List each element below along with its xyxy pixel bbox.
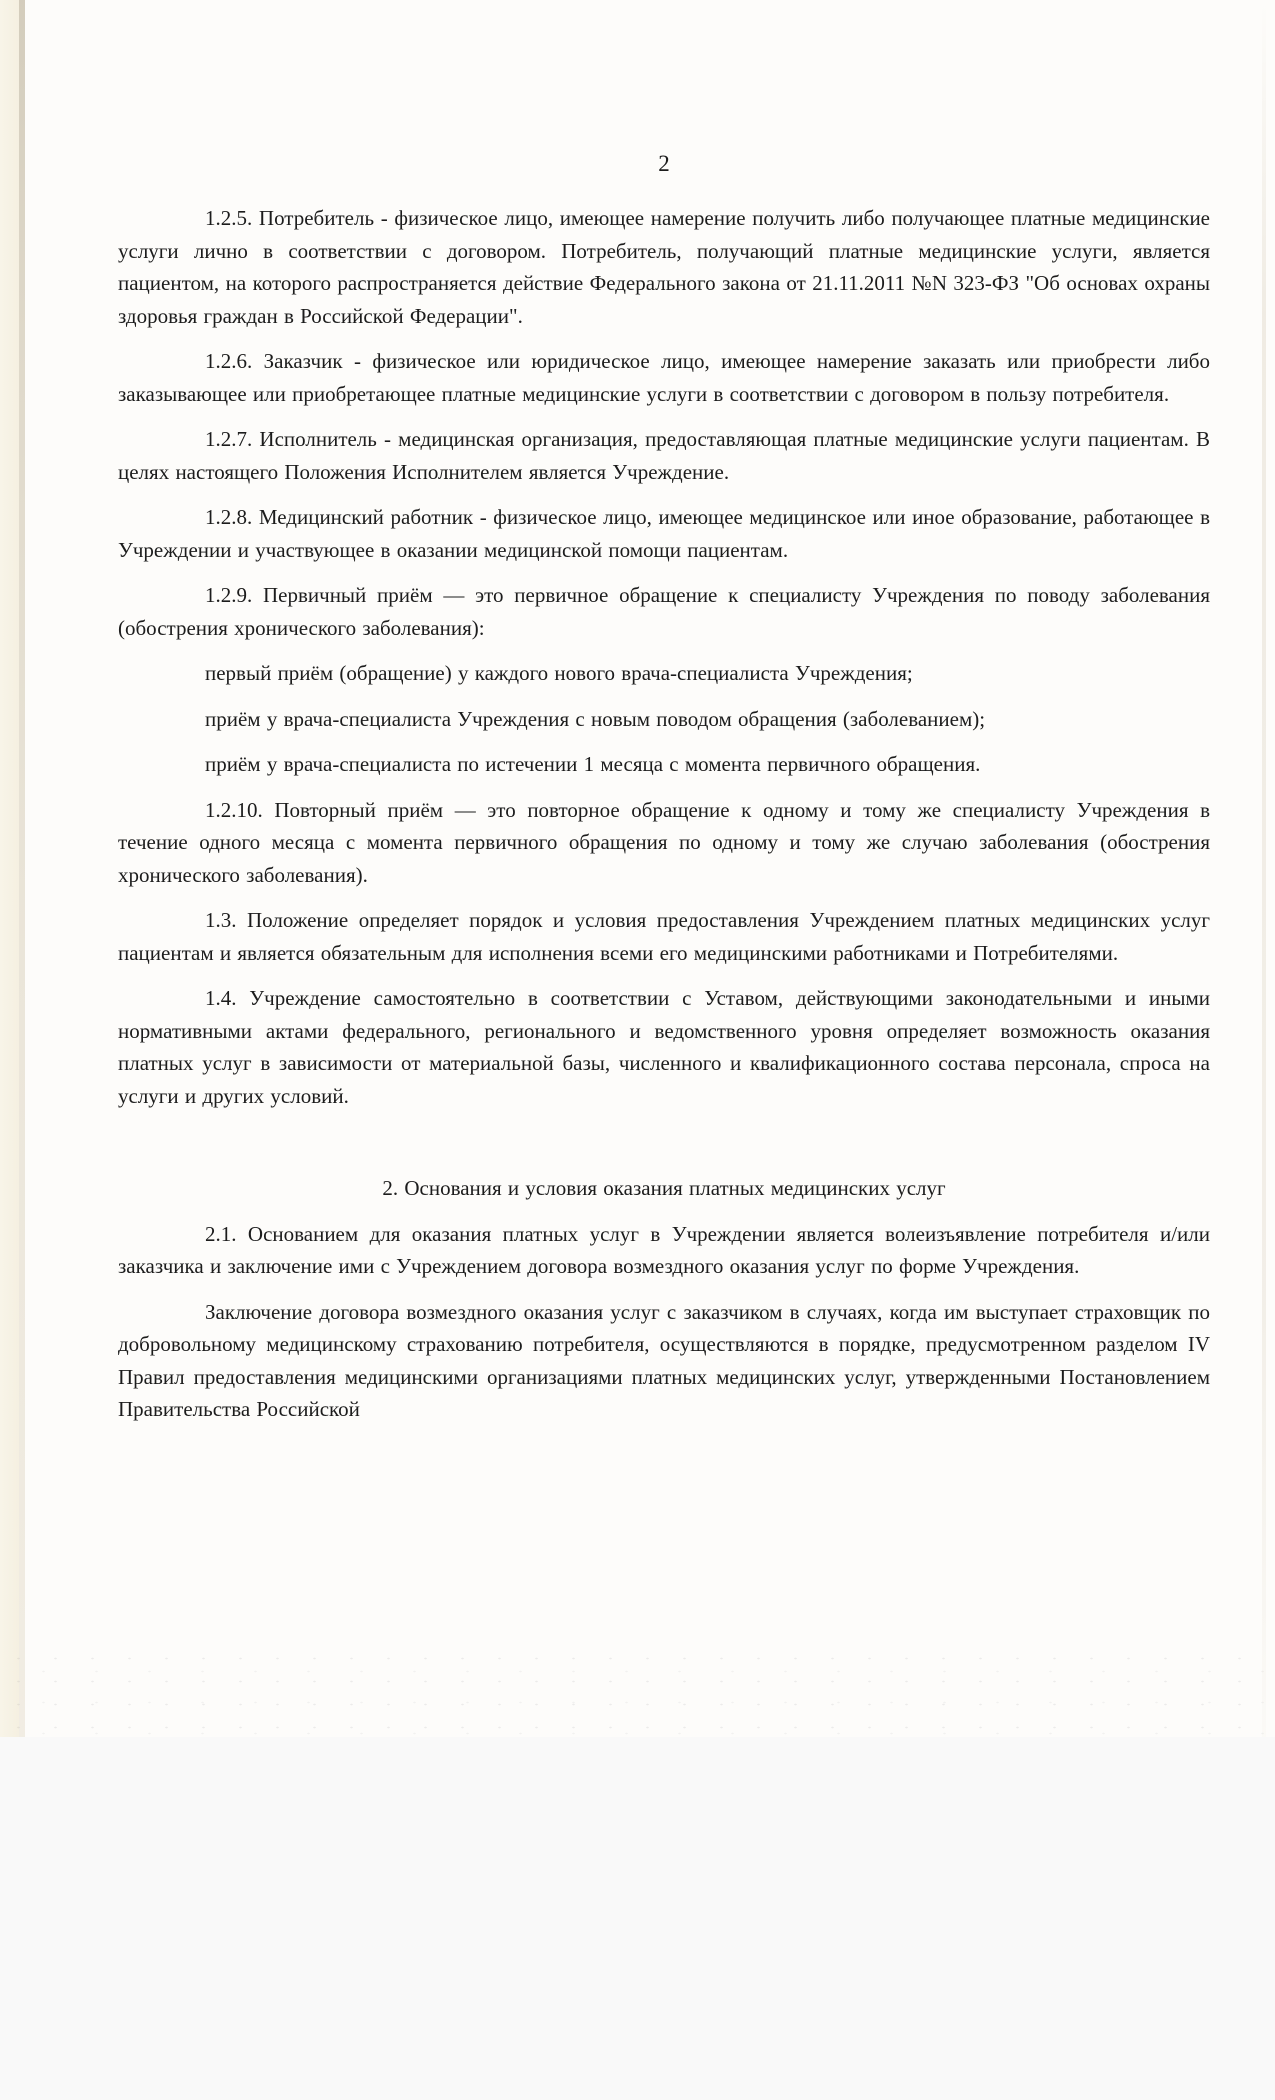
page-edge-shadow — [19, 0, 25, 1737]
paragraph-1-2-7: 1.2.7. Исполнитель - медицинская организ… — [118, 423, 1210, 488]
paragraph-1-2-8: 1.2.8. Медицинский работник - физическое… — [118, 501, 1210, 566]
paragraph-1-2-10: 1.2.10. Повторный приём — это повторное … — [118, 794, 1210, 892]
page-left-margin-strip — [0, 0, 19, 1737]
section-2-heading: 2. Основания и условия оказания платных … — [118, 1172, 1210, 1205]
page-content: 2 1.2.5. Потребитель - физическое лицо, … — [118, 0, 1210, 1439]
paragraph-1-3: 1.3. Положение определяет порядок и усло… — [118, 904, 1210, 969]
paragraph-1-4: 1.4. Учреждение самостоятельно в соответ… — [118, 982, 1210, 1112]
list-item-new-reason: приём у врача-специалиста Учреждения с н… — [118, 703, 1210, 736]
list-item-first-visit: первый приём (обращение) у каждого новог… — [118, 657, 1210, 690]
scanned-page: 2 1.2.5. Потребитель - физическое лицо, … — [0, 0, 1275, 1737]
paragraph-2-1: 2.1. Основанием для оказания платных усл… — [118, 1218, 1210, 1283]
scan-noise-band — [0, 1647, 1275, 1737]
list-item-one-month: приём у врача-специалиста по истечении 1… — [118, 748, 1210, 781]
paragraph-1-2-9: 1.2.9. Первичный приём — это первичное о… — [118, 579, 1210, 644]
paragraph-1-2-6: 1.2.6. Заказчик - физическое или юридиче… — [118, 345, 1210, 410]
page-right-edge-shadow — [1262, 0, 1266, 1737]
page-number: 2 — [118, 150, 1210, 178]
paragraph-2-1-continuation: Заключение договора возмездного оказания… — [118, 1296, 1210, 1426]
paragraph-1-2-5: 1.2.5. Потребитель - физическое лицо, им… — [118, 202, 1210, 332]
